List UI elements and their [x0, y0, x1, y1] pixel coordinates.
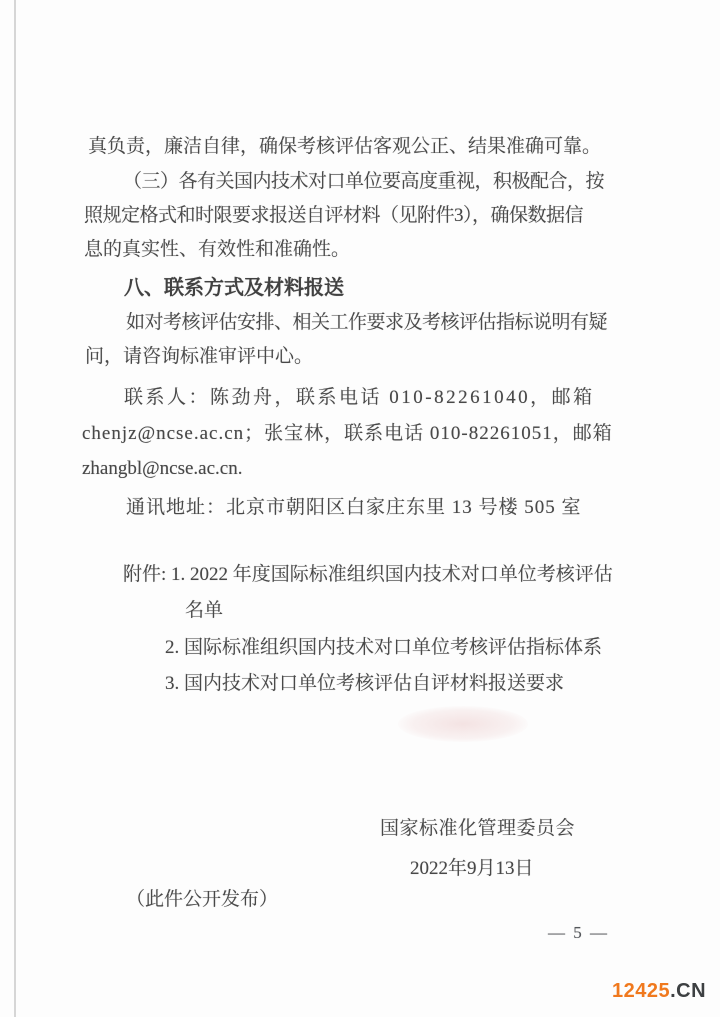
body-line-item-three-2: 照规定格式和时限要求报送自评材料（见附件3），确保数据信	[84, 204, 583, 228]
body-line-item-three-3: 息的真实性、有效性和准确性。	[84, 238, 350, 262]
contact-intro-line-1: 如对考核评估安排、相关工作要求及考核评估指标说明有疑	[126, 311, 607, 335]
mailing-address-line: 通讯地址：北京市朝阳区白家庄东里 13 号楼 505 室	[126, 496, 582, 520]
attachment-line-3: 3. 国内技术对口单位考核评估自评材料报送要求	[165, 672, 564, 696]
signature-organization: 国家标准化管理委员会	[380, 817, 575, 841]
watermark-tld: .CN	[670, 980, 706, 1002]
seal-bleed-smudge	[398, 706, 528, 742]
attachment-line-2: 2. 国际标准组织国内技术对口单位考核评估指标体系	[165, 636, 602, 660]
section-eight-heading: 八、联系方式及材料报送	[124, 276, 344, 300]
body-line-item-three-1: （三）各有关国内技术对口单位要高度重视，积极配合，按	[123, 170, 604, 194]
attachment-line-1: 附件: 1. 2022 年度国际标准组织国内技术对口单位考核评估	[123, 563, 613, 587]
attachment-line-1-continuation: 名单	[185, 599, 223, 623]
site-watermark: 12425.CN	[612, 980, 706, 1003]
signature-date: 2022年9月13日	[410, 857, 534, 881]
contact-email-line-1: chenjz@ncse.ac.cn；张宝林，联系电话 010-82261051，…	[82, 422, 613, 446]
watermark-number: 12425	[612, 980, 670, 1002]
contact-email-line-2: zhangbl@ncse.ac.cn.	[82, 457, 242, 481]
scan-edge-line	[14, 0, 16, 1017]
public-release-note: （此件公开发布）	[126, 888, 278, 912]
contact-intro-line-2: 问，请咨询标准审评中心。	[85, 345, 313, 369]
body-line-closing: 真负责，廉洁自律，确保考核评估客观公正、结果准确可靠。	[88, 135, 601, 159]
scanned-document-page: 真负责，廉洁自律，确保考核评估客观公正、结果准确可靠。 （三）各有关国内技术对口…	[0, 0, 720, 1017]
contact-person-line: 联系人：陈劲舟，联系电话 010-82261040，邮箱	[124, 386, 595, 410]
page-number: — 5 —	[548, 921, 609, 945]
